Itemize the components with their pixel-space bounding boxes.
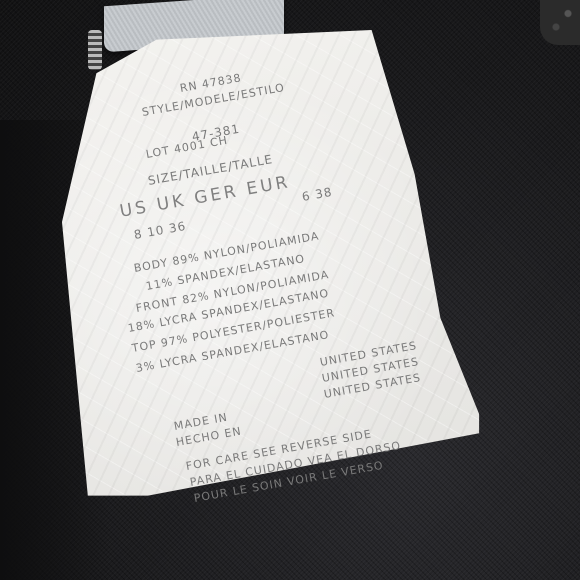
size-values: 8 10 36 — [133, 219, 187, 242]
lace-trim — [540, 0, 580, 45]
size-columns: US UK GER EUR — [118, 172, 292, 222]
size-eur-value: 6 38 — [301, 185, 334, 204]
lot-number: LOT 4001 CH — [145, 134, 229, 161]
label-text: RN 47838 STYLE/MODELE/ESTILO 47-381 LOT … — [62, 30, 492, 510]
